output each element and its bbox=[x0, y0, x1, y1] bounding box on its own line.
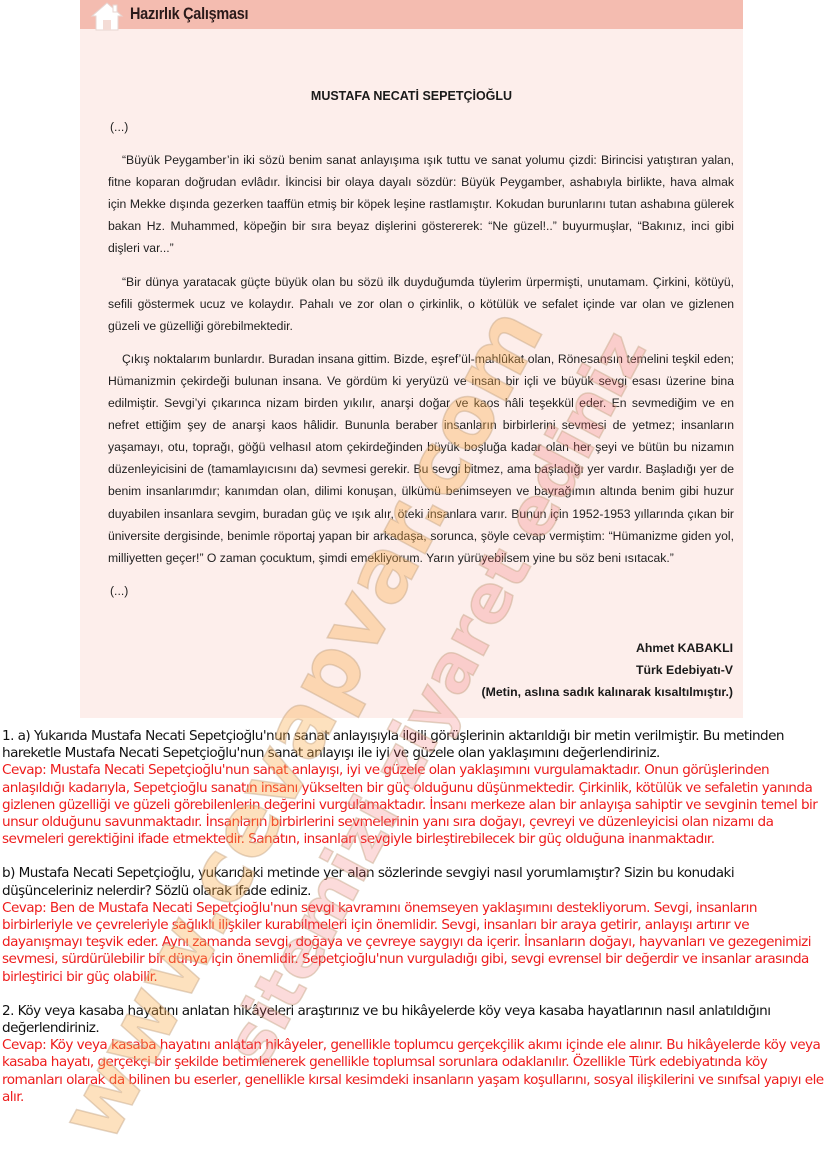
section-header: Hazırlık Çalışması bbox=[80, 0, 743, 29]
article-paragraph: (...) bbox=[110, 116, 734, 138]
question-block: 2. Köy veya kasaba hayatını anlatan hikâ… bbox=[2, 1003, 828, 1106]
article-title: MUSTAFA NECATİ SEPETÇİOĞLU bbox=[80, 89, 743, 103]
article-credits: Ahmet KABAKLI Türk Edebiyatı-V (Metin, a… bbox=[481, 637, 733, 703]
article-paragraph: “Bir dünya yaratacak güçte büyük olan bu… bbox=[108, 271, 734, 337]
answer-text: Cevap: Ben de Mustafa Necati Sepetçioğlu… bbox=[2, 900, 828, 986]
question-text: 2. Köy veya kasaba hayatını anlatan hikâ… bbox=[2, 1003, 828, 1037]
source-note: (Metin, aslına sadık kalınarak kısaltılm… bbox=[481, 681, 733, 703]
article-paragraph: Çıkış noktalarım bunlardır. Buradan insa… bbox=[108, 348, 734, 569]
question-block: b) Mustafa Necati Sepetçioğlu, yukarıdak… bbox=[2, 865, 828, 985]
questions-section: 1. a) Yukarıda Mustafa Necati Sepetçioğl… bbox=[2, 728, 828, 1123]
source-title: Türk Edebiyatı-V bbox=[481, 659, 733, 681]
article-paragraph: (...) bbox=[110, 580, 734, 602]
answer-text: Cevap: Mustafa Necati Sepetçioğlu'nun sa… bbox=[2, 762, 828, 848]
article-paragraph: “Büyük Peygamber’in iki sözü benim sanat… bbox=[108, 149, 734, 259]
preparation-section: Hazırlık Çalışması MUSTAFA NECATİ SEPETÇ… bbox=[80, 0, 743, 718]
question-text: b) Mustafa Necati Sepetçioğlu, yukarıdak… bbox=[2, 865, 828, 899]
section-title: Hazırlık Çalışması bbox=[130, 4, 248, 24]
author-name: Ahmet KABAKLI bbox=[481, 637, 733, 659]
home-icon bbox=[90, 1, 124, 31]
question-text: 1. a) Yukarıda Mustafa Necati Sepetçioğl… bbox=[2, 728, 828, 762]
article-body: (...) “Büyük Peygamber’in iki sözü benim… bbox=[108, 116, 734, 613]
question-block: 1. a) Yukarıda Mustafa Necati Sepetçioğl… bbox=[2, 728, 828, 848]
answer-text: Cevap: Köy veya kasaba hayatını anlatan … bbox=[2, 1037, 828, 1106]
